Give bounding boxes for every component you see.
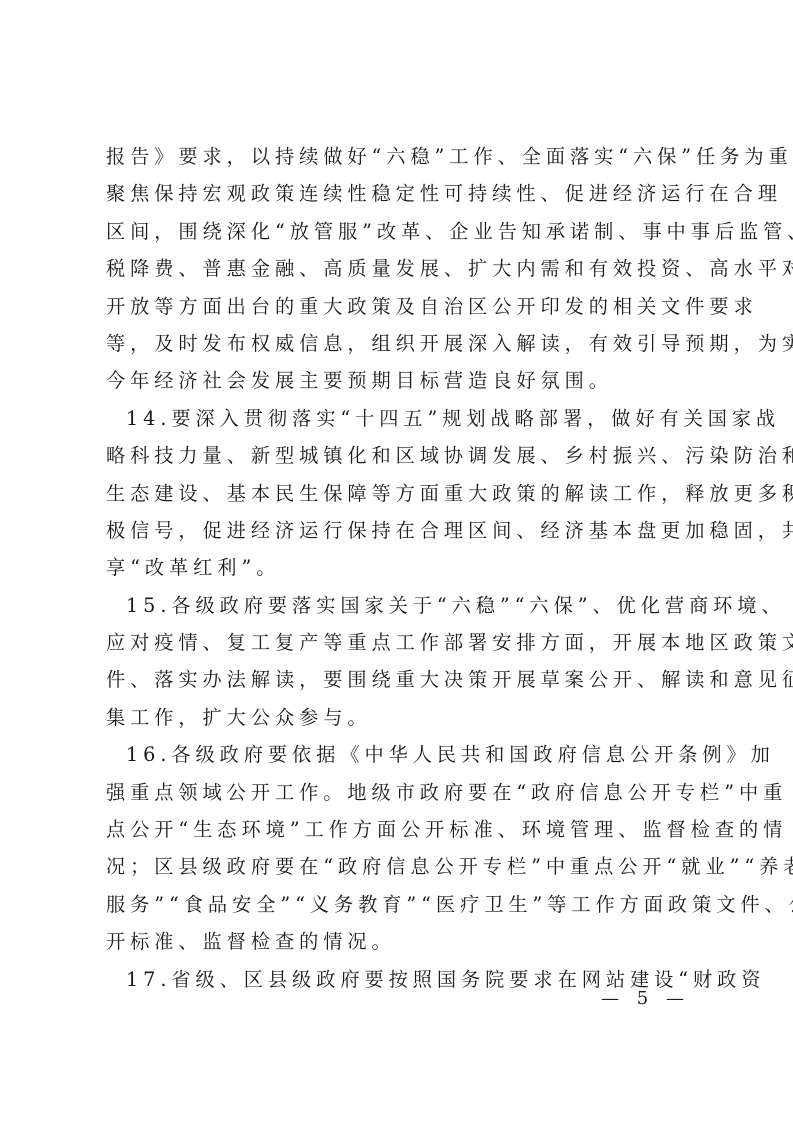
page-number: — 5 — — [598, 988, 693, 1009]
text-line: 极信号，促进经济运行保持在合理区间、经济基本盘更加稳固，共 — [106, 512, 686, 549]
paragraph-p14: 14.要深入贯彻落实“十四五”规划战略部署，做好有关国家战略科技力量、新型城镇化… — [106, 400, 686, 587]
text-line: 略科技力量、新型城镇化和区域协调发展、乡村振兴、污染防治和 — [106, 437, 686, 474]
text-line: 14.要深入贯彻落实“十四五”规划战略部署，做好有关国家战 — [106, 400, 686, 437]
text-line: 服务”“食品安全”“义务教育”“医疗卫生”等工作方面政策文件、公 — [106, 886, 686, 923]
text-line: 享“改革红利”。 — [106, 549, 686, 586]
text-line: 集工作，扩大公众参与。 — [106, 699, 686, 736]
text-line: 开放等方面出台的重大政策及自治区公开印发的相关文件要求 — [106, 288, 686, 325]
text-line: 聚焦保持宏观政策连续性稳定性可持续性、促进经济运行在合理 — [106, 175, 686, 212]
document-body: 报告》要求，以持续做好“六稳”工作、全面落实“六保”任务为重点，聚焦保持宏观政策… — [106, 138, 686, 998]
text-line: 15.各级政府要落实国家关于“六稳”“六保”、优化营商环境、 — [106, 587, 686, 624]
text-line: 区间，围绕深化“放管服”改革、企业告知承诺制、事中事后监管、减 — [106, 213, 686, 250]
paragraph-p15: 15.各级政府要落实国家关于“六稳”“六保”、优化营商环境、应对疫情、复工复产等… — [106, 587, 686, 737]
text-line: 报告》要求，以持续做好“六稳”工作、全面落实“六保”任务为重点， — [106, 138, 686, 175]
text-line: 况；区县级政府要在“政府信息公开专栏”中重点公开“就业”“养老 — [106, 848, 686, 885]
text-line: 开标准、监督检查的情况。 — [106, 923, 686, 960]
text-line: 16.各级政府要依据《中华人民共和国政府信息公开条例》加 — [106, 736, 686, 773]
paragraph-p13-cont: 报告》要求，以持续做好“六稳”工作、全面落实“六保”任务为重点，聚焦保持宏观政策… — [106, 138, 686, 400]
paragraph-p16: 16.各级政府要依据《中华人民共和国政府信息公开条例》加强重点领域公开工作。地级… — [106, 736, 686, 960]
text-line: 今年经济社会发展主要预期目标营造良好氛围。 — [106, 362, 686, 399]
text-line: 应对疫情、复工复产等重点工作部署安排方面，开展本地区政策文 — [106, 624, 686, 661]
text-line: 等，及时发布权威信息，组织开展深入解读，有效引导预期，为实现 — [106, 325, 686, 362]
text-line: 生态建设、基本民生保障等方面重大政策的解读工作，释放更多积 — [106, 475, 686, 512]
text-line: 件、落实办法解读，要围绕重大决策开展草案公开、解读和意见征 — [106, 661, 686, 698]
text-line: 税降费、普惠金融、高质量发展、扩大内需和有效投资、高水平对外 — [106, 250, 686, 287]
text-line: 点公开“生态环境”工作方面公开标准、环境管理、监督检查的情 — [106, 811, 686, 848]
text-line: 强重点领域公开工作。地级市政府要在“政府信息公开专栏”中重 — [106, 774, 686, 811]
